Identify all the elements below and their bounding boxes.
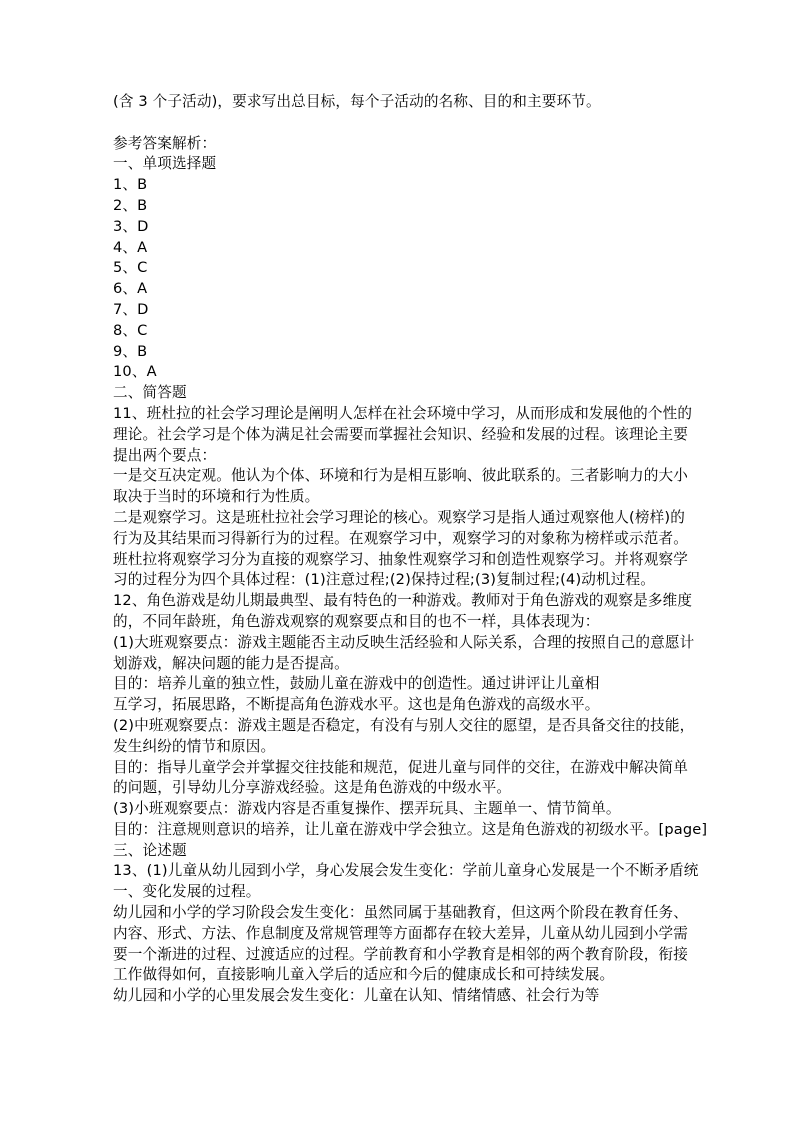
text-line: 8、C [113,321,723,342]
text-line: 4、A [113,238,723,259]
text-line: 班杜拉将观察学习分为直接的观察学习、抽象性观察学习和创造性观察学习。并将观察学 [113,550,723,571]
document-page: (含 3 个子活动)，要求写出总目标，每个子活动的名称、目的和主要环节。 参考答… [0,0,794,1123]
text-line: 10、A [113,362,723,383]
text-line: 13、(1)儿童从幼儿园到小学，身心发展会发生变化：学前儿童身心发展是一个不断矛… [113,861,723,882]
text-line: 的问题，引导幼儿分享游戏经验。这是角色游戏的中级水平。 [113,778,723,799]
text-line: 目的：指导儿童学会并掌握交往技能和规范，促进儿童与同伴的交往，在游戏中解决简单 [113,758,723,779]
text-line: 习的过程分为四个具体过程：(1)注意过程;(2)保持过程;(3)复制过程;(4)… [113,570,723,591]
text-line: 一是交互决定观。他认为个体、环境和行为是相互影响、彼此联系的。三者影响力的大小 [113,466,723,487]
document-body: (含 3 个子活动)，要求写出总目标，每个子活动的名称、目的和主要环节。 参考答… [113,92,723,1007]
text-line: 5、C [113,258,723,279]
text-line: 目的：注意规则意识的培养，让儿童在游戏中学会独立。这是角色游戏的初级水平。[pa… [113,820,723,841]
text-line: 一、变化发展的过程。 [113,882,723,903]
text-line: 一、单项选择题 [113,154,723,175]
text-line: 9、B [113,342,723,363]
text-line: 提出两个要点： [113,446,723,467]
text-line: 11、班杜拉的社会学习理论是阐明人怎样在社会环境中学习，从而形成和发展他的个性的 [113,404,723,425]
text-line: 幼儿园和小学的学习阶段会发生变化：虽然同属于基础教育，但这两个阶段在教育任务、 [113,903,723,924]
text-line: 划游戏，解决问题的能力是否提高。 [113,654,723,675]
text-line: 7、D [113,300,723,321]
text-line: 二、简答题 [113,383,723,404]
text-line: 工作做得如何，直接影响儿童入学后的适应和今后的健康成长和可持续发展。 [113,965,723,986]
text-line: 6、A [113,279,723,300]
text-line: 目的：培养儿童的独立性，鼓励儿童在游戏中的创造性。通过讲评让儿童相 [113,674,723,695]
text-line: (含 3 个子活动)，要求写出总目标，每个子活动的名称、目的和主要环节。 [113,92,723,113]
text-line: 取决于当时的环境和行为性质。 [113,487,723,508]
text-line: 三、论述题 [113,841,723,862]
text-line: 二是观察学习。这是班杜拉社会学习理论的核心。观察学习是指人通过观察他人(榜样)的 [113,508,723,529]
text-line: 行为及其结果而习得新行为的过程。在观察学习中，观察学习的对象称为榜样或示范者。 [113,529,723,550]
text-line: (1)大班观察要点：游戏主题能否主动反映生活经验和人际关系，合理的按照自己的意愿… [113,633,723,654]
text-line: 发生纠纷的情节和原因。 [113,737,723,758]
text-line: 内容、形式、方法、作息制度及常规管理等方面都存在较大差异，儿童从幼儿园到小学需 [113,924,723,945]
text-line: 12、角色游戏是幼儿期最典型、最有特色的一种游戏。教师对于角色游戏的观察是多维度 [113,591,723,612]
text-line: 3、D [113,217,723,238]
text-line: 理论。社会学习是个体为满足社会需要而掌握社会知识、经验和发展的过程。该理论主要 [113,425,723,446]
blank-line [113,113,723,134]
text-line: (3)小班观察要点：游戏内容是否重复操作、摆弄玩具、主题单一、情节简单。 [113,799,723,820]
text-line: 的，不同年龄班，角色游戏观察的观察要点和目的也不一样，具体表现为： [113,612,723,633]
text-line: 2、B [113,196,723,217]
text-line: 要一个渐进的过程、过渡适应的过程。学前教育和小学教育是相邻的两个教育阶段，衔接 [113,945,723,966]
text-line: 1、B [113,175,723,196]
text-line: (2)中班观察要点：游戏主题是否稳定，有没有与别人交往的愿望，是否具备交往的技能… [113,716,723,737]
text-line: 互学习，拓展思路，不断提高角色游戏水平。这也是角色游戏的高级水平。 [113,695,723,716]
text-line: 幼儿园和小学的心里发展会发生变化：儿童在认知、情绪情感、社会行为等 [113,986,723,1007]
text-line: 参考答案解析： [113,134,723,155]
